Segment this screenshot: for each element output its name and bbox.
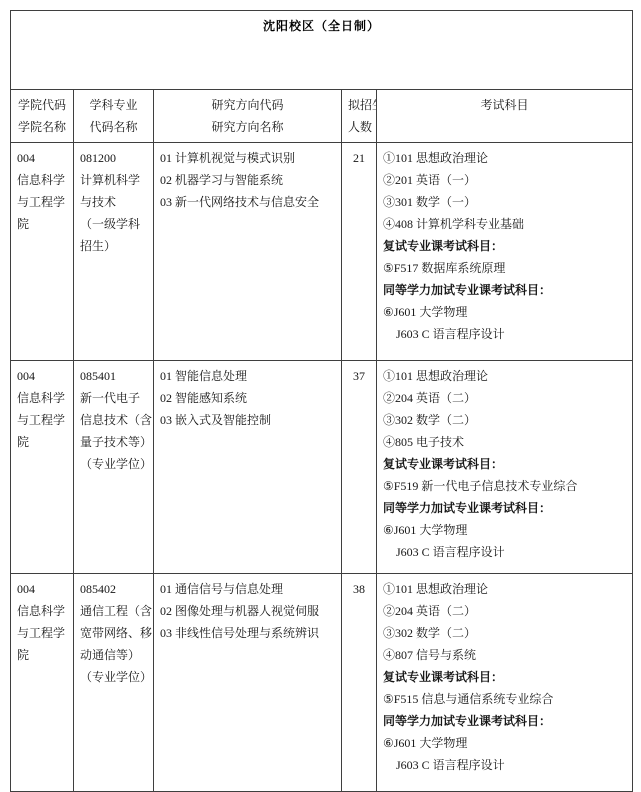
college-line: 院 xyxy=(17,644,67,666)
major-line: 信息技术（含 xyxy=(80,409,147,431)
exam-line: ⑤F517 数据库系统原理 xyxy=(383,257,626,279)
major-cell: 081200计算机科学与技术（一级学科招生） xyxy=(74,143,154,361)
exam-subjects-cell: ①101 思想政治理论②201 英语（一）③301 数学（一）④408 计算机学… xyxy=(377,143,633,361)
major-line: 招生） xyxy=(80,235,147,257)
table-row: 004信息科学与工程学院 085402通信工程（含宽带网络、移动通信等）（专业学… xyxy=(11,574,633,792)
header-line: 学科专业 xyxy=(80,94,147,116)
college-line: 004 xyxy=(17,578,67,600)
major-line: 量子技术等） xyxy=(80,431,147,453)
directions-cell: 01 通信信号与信息处理02 图像处理与机器人视觉伺服03 非线性信号处理与系统… xyxy=(154,574,342,792)
direction-line: 01 通信信号与信息处理 xyxy=(160,578,335,600)
major-line: 宽带网络、移 xyxy=(80,622,147,644)
exam-subjects-cell: ①101 思想政治理论②204 英语（二）③302 数学（二）④805 电子技术… xyxy=(377,361,633,574)
exam-line: J603 C 语言程序设计 xyxy=(383,323,626,345)
college-line: 与工程学 xyxy=(17,191,67,213)
exam-line: ④408 计算机学科专业基础 xyxy=(383,213,626,235)
college-line: 院 xyxy=(17,431,67,453)
major-line: 085401 xyxy=(80,365,147,387)
header-line: 拟招生 xyxy=(348,94,370,116)
table-row: 004信息科学与工程学院 085401新一代电子信息技术（含量子技术等）（专业学… xyxy=(11,361,633,574)
exam-line: ②201 英语（一） xyxy=(383,169,626,191)
directions-cell: 01 计算机视觉与模式识别02 机器学习与智能系统03 新一代网络技术与信息安全 xyxy=(154,143,342,361)
college-line: 信息科学 xyxy=(17,600,67,622)
admissions-table: 沈阳校区（全日制） 学院代码学院名称 学科专业代码名称 研究方向代码研究方向名称… xyxy=(10,10,633,792)
header-exam-subjects: 考试科目 xyxy=(377,90,633,143)
college-line: 院 xyxy=(17,213,67,235)
major-line: 通信工程（含 xyxy=(80,600,147,622)
exam-line: ③302 数学（二） xyxy=(383,409,626,431)
major-cell: 085402通信工程（含宽带网络、移动通信等）（专业学位） xyxy=(74,574,154,792)
college-line: 与工程学 xyxy=(17,409,67,431)
direction-line: 03 嵌入式及智能控制 xyxy=(160,409,335,431)
direction-line: 02 图像处理与机器人视觉伺服 xyxy=(160,600,335,622)
enrollment-cell: 21 xyxy=(342,143,377,361)
header-college-code-name: 学院代码学院名称 xyxy=(11,90,74,143)
exam-line: ①101 思想政治理论 xyxy=(383,365,626,387)
title-row: 沈阳校区（全日制） xyxy=(11,11,633,90)
campus-title: 沈阳校区（全日制） xyxy=(11,11,633,90)
exam-line: ⑥J601 大学物理 xyxy=(383,732,626,754)
header-line: 学院名称 xyxy=(17,116,67,138)
major-line: 081200 xyxy=(80,147,147,169)
exam-line: ③302 数学（二） xyxy=(383,622,626,644)
exam-line: ⑤F515 信息与通信系统专业综合 xyxy=(383,688,626,710)
header-major-code-name: 学科专业代码名称 xyxy=(74,90,154,143)
college-line: 004 xyxy=(17,365,67,387)
header-row: 学院代码学院名称 学科专业代码名称 研究方向代码研究方向名称 拟招生人数 考试科… xyxy=(11,90,633,143)
direction-line: 01 智能信息处理 xyxy=(160,365,335,387)
exam-line: ③301 数学（一） xyxy=(383,191,626,213)
college-cell: 004信息科学与工程学院 xyxy=(11,574,74,792)
major-cell: 085401新一代电子信息技术（含量子技术等）（专业学位） xyxy=(74,361,154,574)
major-line: （一级学科 xyxy=(80,213,147,235)
exam-line: J603 C 语言程序设计 xyxy=(383,541,626,563)
header-research-direction: 研究方向代码研究方向名称 xyxy=(154,90,342,143)
direction-line: 03 新一代网络技术与信息安全 xyxy=(160,191,335,213)
exam-line: 复试专业课考试科目： xyxy=(383,235,626,257)
exam-line: ①101 思想政治理论 xyxy=(383,147,626,169)
direction-line: 02 智能感知系统 xyxy=(160,387,335,409)
college-line: 信息科学 xyxy=(17,169,67,191)
direction-line: 02 机器学习与智能系统 xyxy=(160,169,335,191)
enrollment-cell: 38 xyxy=(342,574,377,792)
header-line: 人数 xyxy=(348,116,370,138)
header-line: 研究方向代码 xyxy=(160,94,335,116)
header-line: 研究方向名称 xyxy=(160,116,335,138)
exam-line: J603 C 语言程序设计 xyxy=(383,754,626,776)
header-line: 代码名称 xyxy=(80,116,147,138)
exam-line: 复试专业课考试科目： xyxy=(383,453,626,475)
college-line: 信息科学 xyxy=(17,387,67,409)
directions-cell: 01 智能信息处理02 智能感知系统03 嵌入式及智能控制 xyxy=(154,361,342,574)
document-sheet: 沈阳校区（全日制） 学院代码学院名称 学科专业代码名称 研究方向代码研究方向名称… xyxy=(10,10,633,792)
exam-line: 同等学力加试专业课考试科目： xyxy=(383,497,626,519)
exam-line: ②204 英语（二） xyxy=(383,387,626,409)
major-line: 与技术 xyxy=(80,191,147,213)
major-line: （专业学位） xyxy=(80,453,147,475)
exam-line: ②204 英语（二） xyxy=(383,600,626,622)
exam-line: ①101 思想政治理论 xyxy=(383,578,626,600)
major-line: 新一代电子 xyxy=(80,387,147,409)
major-line: 085402 xyxy=(80,578,147,600)
exam-subjects-cell: ①101 思想政治理论②204 英语（二）③302 数学（二）④807 信号与系… xyxy=(377,574,633,792)
exam-line: ⑥J601 大学物理 xyxy=(383,301,626,323)
exam-line: ⑤F519 新一代电子信息技术专业综合 xyxy=(383,475,626,497)
header-planned-enrollment: 拟招生人数 xyxy=(342,90,377,143)
exam-line: ④807 信号与系统 xyxy=(383,644,626,666)
college-line: 004 xyxy=(17,147,67,169)
exam-line: 同等学力加试专业课考试科目： xyxy=(383,279,626,301)
exam-line: 复试专业课考试科目： xyxy=(383,666,626,688)
table-row: 004信息科学与工程学院 081200计算机科学与技术（一级学科招生） 01 计… xyxy=(11,143,633,361)
college-cell: 004信息科学与工程学院 xyxy=(11,143,74,361)
major-line: （专业学位） xyxy=(80,666,147,688)
exam-line: ④805 电子技术 xyxy=(383,431,626,453)
exam-line: ⑥J601 大学物理 xyxy=(383,519,626,541)
major-line: 计算机科学 xyxy=(80,169,147,191)
enrollment-cell: 37 xyxy=(342,361,377,574)
exam-line: 同等学力加试专业课考试科目： xyxy=(383,710,626,732)
major-line: 动通信等） xyxy=(80,644,147,666)
college-line: 与工程学 xyxy=(17,622,67,644)
header-line: 学院代码 xyxy=(17,94,67,116)
direction-line: 03 非线性信号处理与系统辨识 xyxy=(160,622,335,644)
college-cell: 004信息科学与工程学院 xyxy=(11,361,74,574)
direction-line: 01 计算机视觉与模式识别 xyxy=(160,147,335,169)
